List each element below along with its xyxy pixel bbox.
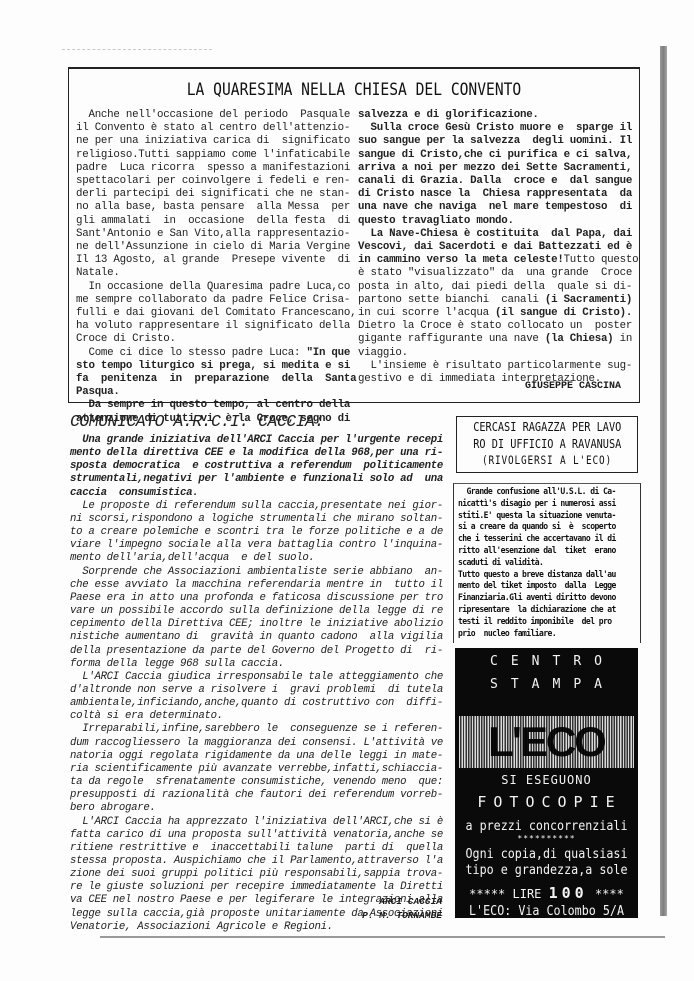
usl-notice: Grande confusione all'U.S.L. di Ca-nicat… <box>453 483 641 643</box>
text-line: Irreparabili,infine,sarebbero le consegu… <box>70 723 443 736</box>
text-line: canali di Grazia. Dalla croce e dal sang… <box>358 175 638 188</box>
text-line: scaduti di validità. <box>458 557 616 569</box>
text-line: sangue di Cristo,che ci purifica e ci sa… <box>358 149 638 162</box>
arci-signature-org: ARCI CACCIA <box>379 896 442 907</box>
article-right-column: salvezza e di glorificazione. Sulla croc… <box>358 109 638 386</box>
text-line: stiti.E' questa la situazione venuta- <box>458 510 616 522</box>
article-author: GIUSEPPE CASCINA <box>525 381 621 392</box>
text-line: Vescovi, dai Sacerdoti e dai Battezzati … <box>358 241 638 254</box>
ad-price-suffix: **** <box>588 887 624 901</box>
text-line: Sulla croce Gesù Cristo muore e sparge i… <box>358 122 638 135</box>
ad-fotocopie: FOTOCOPIE <box>455 793 638 811</box>
text-line: ritto all'esenzione dal tiket erano <box>458 545 616 557</box>
page-edge-right <box>660 46 667 916</box>
text-line: arriva a noi per mezzo dei Sette Sacrame… <box>358 162 638 175</box>
text-line: nicattì's disagio per i numerosi assi <box>458 498 616 510</box>
text-line: religioso.Tutti sappiamo come l'infatica… <box>76 149 356 162</box>
text-line: viaggio. <box>358 347 638 360</box>
text-line: salvezza e di glorificazione. <box>358 109 638 122</box>
text-line: vare un possibile accordo sulla definizi… <box>70 605 443 618</box>
text-line: Tutto questo a breve distanza dall'au <box>458 569 616 581</box>
text-line: La Nave-Chiesa è costituita dal Papa, da… <box>358 228 638 241</box>
ad-stampa: STAMPA <box>455 677 638 692</box>
page-top-scrap <box>62 49 212 51</box>
text-line: ripresentare la dichiarazione che at <box>458 604 616 616</box>
text-line: padre Luca ricorra spesso a manifestazio… <box>76 162 356 175</box>
text-line: in cui scorre l'acqua (il sangue di Cris… <box>358 307 638 320</box>
text-line: Anche nell'occasione del periodo Pasqual… <box>76 109 356 122</box>
text-line: prio nucleo familiare. <box>458 628 616 640</box>
text-line: Finanziaria.Gli aventi diritto devono <box>458 592 616 604</box>
arci-signature-name: P. M. TORNAMBE <box>362 910 442 921</box>
ad-si-eseguono: SI ESEGUONO <box>455 773 638 787</box>
text-line: caccia consumistica. <box>70 487 443 500</box>
text-line: della presentazione da parte del Governo… <box>70 645 443 658</box>
text-line: ambientale,inficiando,anche,quanto di co… <box>70 697 443 710</box>
text-line: Natale. <box>76 267 356 280</box>
text-line: ria scientificamente più avanzate verreb… <box>70 763 443 776</box>
text-line: Le proposte di referendum sulla caccia,p… <box>70 500 443 513</box>
text-line: me sempre collaborato da padre Felice Cr… <box>76 294 356 307</box>
text-line: fulli e dai giovani del Comitato Frances… <box>76 307 356 320</box>
job-ad: CERCASI RAGAZZA PER LAVO RO DI UFFICIO A… <box>456 416 638 473</box>
text-line: cepimento della Direttiva CEE; inoltre l… <box>70 618 443 631</box>
text-line: coltà si era determinato. <box>70 710 443 723</box>
text-line: mento della direttiva CEE e la modifica … <box>70 447 443 460</box>
eco-logo: L'ECO <box>459 716 634 768</box>
centro-stampa-ad: CENTRO STAMPA L'ECO SI ESEGUONO FOTOCOPI… <box>455 648 638 918</box>
text-line: ritiene restrittive e inaccettabili talu… <box>70 842 443 855</box>
eco-logo-text: L'ECO <box>459 716 634 768</box>
text-line: mento dell'aria,dell'acqua e del suolo. <box>70 552 443 565</box>
text-line: viare l'impegno sociale alla vera battag… <box>70 539 443 552</box>
text-line: L'ARCI Caccia ha apprezzato l'iniziativa… <box>70 816 443 829</box>
text-line: zione dei suoi gruppi politici più respo… <box>70 868 443 881</box>
job-ad-line2: RO DI UFFICIO A RAVANUSA <box>473 435 621 452</box>
text-line: L'ARCI Caccia giudica irresponsabile tal… <box>70 671 443 684</box>
text-line: Sant'Antonio e San Vito,alla rappresenta… <box>76 228 356 241</box>
text-line: Pasqua. <box>76 386 356 399</box>
ad-price-prefix: ***** LIRE <box>469 887 548 901</box>
text-line: che esse avviato la macchina referendari… <box>70 579 443 592</box>
text-line: che i tesserini che accertavano il di <box>458 533 616 545</box>
text-line: forma della legge 968 sulla caccia. <box>70 658 443 671</box>
text-line: è stato "visualizzato" da una grande Cro… <box>358 267 638 280</box>
text-line: in cammino verso la meta celeste!Tutto q… <box>358 254 638 267</box>
usl-notice-text: Grande confusione all'U.S.L. di Ca-nicat… <box>458 486 616 639</box>
ad-tipo: tipo e grandezza,a sole <box>464 863 629 879</box>
text-line: d'altronde non serve a risolvere i gravi… <box>70 684 443 697</box>
article-quaresima: LA QUARESIMA NELLA CHIESA DEL CONVENTO A… <box>68 67 640 403</box>
text-line: no alla base, basta pensare alla Messa p… <box>76 201 356 214</box>
text-line: sto tempo liturgico si prega, si medita … <box>76 360 356 373</box>
text-line: to a creare polemiche e scontri tra le f… <box>70 526 443 539</box>
text-line: Croce di Cristo. <box>76 333 356 346</box>
text-line: presupposti di razionalità che fautori d… <box>70 789 443 802</box>
text-line: Venatorie, Associazioni Agricole e Regio… <box>70 921 443 934</box>
text-line: di Cristo nasce la Chiesa rappresentata … <box>358 188 638 201</box>
text-line: il Convento è stato al centro dell'atten… <box>76 122 356 135</box>
text-line: Il 13 Agosto, al grande Presepe vivente … <box>76 254 356 267</box>
arci-title: COMUNICATO A.R.C.I. CACCIA: <box>70 412 324 431</box>
text-line: nistiche aumentano di gravità in quanto … <box>70 631 443 644</box>
job-ad-line3: (RIVOLGERSI A L'ECO) <box>473 452 621 469</box>
text-line: strumentali,negativi per l'ambiente e fu… <box>70 473 443 486</box>
ad-centro: CENTRO <box>455 654 638 669</box>
text-line: testi il reddito imponibile del pro <box>458 616 616 628</box>
text-line: mento del tiket imposto dalla Legge <box>458 580 616 592</box>
text-line: ni scorsi,rispondono a logiche strumenta… <box>70 513 443 526</box>
text-line: bero abrogare. <box>70 802 443 815</box>
text-line: Come ci dice lo stesso padre Luca: "In q… <box>76 347 356 360</box>
ad-ogni-copia: Ogni copia,di qualsiasi <box>464 847 629 863</box>
text-line: ne dell'Assunzione in cielo di Maria Ver… <box>76 241 356 254</box>
article-left-column: Anche nell'occasione del periodo Pasqual… <box>76 109 356 426</box>
text-line: gigante raffigurante una nave (la Chiesa… <box>358 333 638 346</box>
text-line: Dietro la Croce è stato collocato un pos… <box>358 320 638 333</box>
ad-stars: ********** <box>455 834 638 843</box>
text-line: gli ammalati in occasione della festa di <box>76 215 356 228</box>
text-line: Sorprende che Associazioni ambientaliste… <box>70 566 443 579</box>
text-line: fa penitenza in preparazione della Santa <box>76 373 356 386</box>
text-line: derli partecipi dei significati che ne s… <box>76 188 356 201</box>
text-line: questo travagliato mondo. <box>358 215 638 228</box>
text-line: una nave che naviga nel mare tempestoso … <box>358 201 638 214</box>
text-line: Paese era in atto una profonda e faticos… <box>70 592 443 605</box>
text-line: ha voluto rappresentare il significato d… <box>76 320 356 333</box>
text-line: stessa proposta. Auspichiamo che il Parl… <box>70 855 443 868</box>
text-line: In occasione della Quaresima padre Luca,… <box>76 281 356 294</box>
text-line: dum raccogliessero la maggioranza dei co… <box>70 737 443 750</box>
text-line: re le giuste soluzioni per recepire imme… <box>70 881 443 894</box>
text-line: sposta democratica e costruttiva a refer… <box>70 460 443 473</box>
text-line: natoria oggi regolata rigidamente da una… <box>70 750 443 763</box>
text-line: fatta carico di una proposta sull'attivi… <box>70 829 443 842</box>
text-line: L'insieme è risultato particolarmente su… <box>358 360 638 373</box>
text-line: ta da regole sfrenatamente consumistiche… <box>70 776 443 789</box>
arci-body: Una grande iniziativa dell'ARCI Caccia p… <box>70 434 443 934</box>
text-line: Grande confusione all'U.S.L. di Ca- <box>458 486 616 498</box>
text-line: si a creare da quando si è scoperto <box>458 521 616 533</box>
text-line: spettacolari per coinvolgere i fedeli e … <box>76 175 356 188</box>
text-line: posta in alto, dai piedi della quale si … <box>358 281 638 294</box>
ad-price-amount: 100 <box>549 884 588 902</box>
text-line: Da sempre in questo tempo, al centro del… <box>76 399 356 412</box>
job-ad-line1: CERCASI RAGAZZA PER LAVO <box>473 418 621 435</box>
ad-price: ***** LIRE 100 **** <box>455 884 638 902</box>
text-line: suo sangue per la salvezza degli uomini.… <box>358 135 638 148</box>
text-line: partono sette bianchi canali (i Sacramen… <box>358 294 638 307</box>
ad-address: L'ECO: Via Colombo 5/A <box>464 904 629 919</box>
page-edge-bottom <box>100 936 665 938</box>
text-line: Una grande iniziativa dell'ARCI Caccia p… <box>70 434 443 447</box>
ad-prezzi: a prezzi concorrenziali <box>464 819 629 834</box>
text-line: ne per una iniziativa carica di signific… <box>76 135 356 148</box>
article-title: LA QUARESIMA NELLA CHIESA DEL CONVENTO <box>109 80 599 100</box>
